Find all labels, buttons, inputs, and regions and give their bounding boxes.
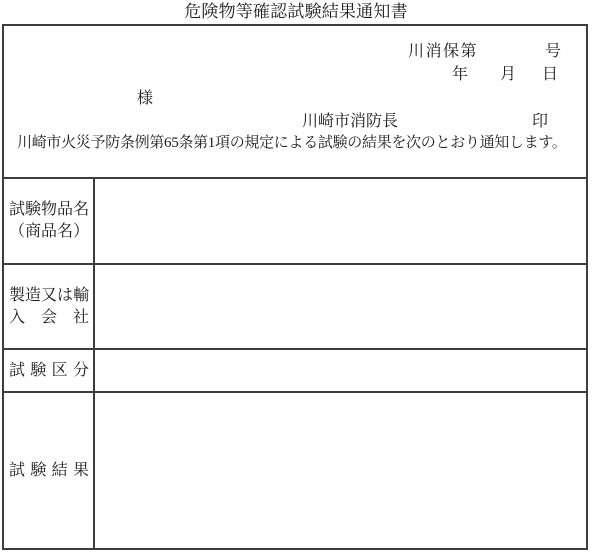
test-category-label-cell: 試験区分 [4,350,95,391]
test-category-value-cell [95,350,586,391]
test-item-name-value-cell [95,179,586,263]
date-month-label: 月 [500,66,516,83]
table-row-test-item-name: 試験物品名 （商品名） [4,179,586,263]
manufacturer-importer-label-cell: 製造又は輸 入会社 [4,265,95,348]
document-page: 危険物等確認試験結果通知書 川消保第 号 年 月 日 様 川崎市消防長 印 川崎… [0,0,592,558]
table-row-manufacturer-importer: 製造又は輸 入会社 [4,263,586,348]
manufacturer-importer-value-cell [95,265,586,348]
doc-number-unit-label: 号 [545,43,561,60]
table-row-test-category: 試験区分 [4,348,586,391]
label-line: 製造又は輸 [9,285,89,307]
table-row-test-result: 試験結果 [4,391,586,548]
test-result-label-cell: 試験結果 [4,393,95,548]
label-line: 試験区分 [9,360,89,382]
label-line: 入会社 [9,307,89,329]
doc-number-label: 川消保第 [408,43,478,60]
label-line: 試験物品名 [9,199,89,221]
sender-title: 川崎市消防長 [302,113,398,130]
date-day-label: 日 [542,66,558,83]
date-year-label: 年 [452,66,468,83]
notice-form: 川消保第 号 年 月 日 様 川崎市消防長 印 川崎市火災予防条例第65条第1項… [2,24,588,550]
label-line: 試験結果 [9,460,89,482]
notice-body-text: 川崎市火災予防条例第65条第1項の規定による試験の結果を次のとおり通知します。 [17,134,567,152]
test-result-value-cell [95,393,586,548]
test-item-name-label-cell: 試験物品名 （商品名） [4,179,95,263]
form-header: 川消保第 号 年 月 日 様 川崎市消防長 印 川崎市火災予防条例第65条第1項… [4,26,586,177]
addressee-honorific: 様 [137,90,153,107]
label-line: （商品名） [9,221,89,243]
seal-mark: 印 [532,113,548,130]
document-title: 危険物等確認試験結果通知書 [0,1,592,22]
form-table: 試験物品名 （商品名） 製造又は輸 入会社 試験区分 [4,177,586,548]
